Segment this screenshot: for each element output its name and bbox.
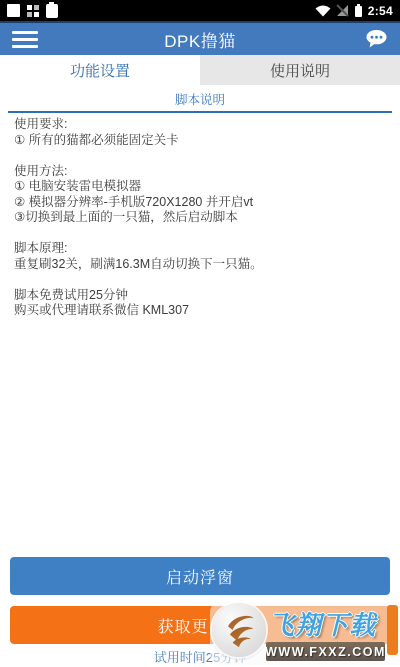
content-line: 重复刷32关，刷满16.3M自动切换下一只猫。 — [14, 257, 386, 273]
content-line — [14, 226, 386, 242]
content-line — [14, 272, 386, 288]
content-line: 使用方法: — [14, 164, 386, 180]
section-title: 脚本说明 — [0, 85, 400, 108]
content-line — [14, 148, 386, 164]
launch-float-window-button[interactable]: 启动浮窗 — [10, 557, 390, 595]
file-icon — [46, 4, 58, 18]
section-divider — [8, 111, 392, 113]
content-line: ② 模拟器分辨率-手机版720X1280 并开启vt — [14, 195, 386, 211]
chat-bubble-icon[interactable] — [365, 29, 388, 49]
app-bar: DPK撸猫 — [0, 21, 400, 55]
content-line: ① 所有的猫都必须能固定关卡 — [14, 133, 386, 149]
wifi-icon — [315, 4, 331, 17]
tab-usage-instructions[interactable]: 使用说明 — [200, 55, 400, 85]
app-screen: 2:54 DPK撸猫 功能设置 使用说明 脚本说明 使用要求: ① 所有的猫都必… — [0, 0, 400, 667]
screenshot-grid-icon — [27, 5, 39, 17]
content-line: ③切换到最上面的一只猫，然后启动脚本 — [14, 210, 386, 226]
notification-square-icon — [7, 4, 20, 17]
content-line: 购买或代理请联系微信 KML307 — [14, 303, 386, 319]
status-bar: 2:54 — [0, 0, 400, 21]
content-line: 使用要求: — [14, 117, 386, 133]
content-line: 脚本原理: — [14, 241, 386, 257]
status-icons-left — [7, 4, 58, 18]
tab-bar: 功能设置 使用说明 — [0, 55, 400, 85]
trial-time-note: 试用时间25分钟 — [0, 647, 400, 666]
tab-function-settings[interactable]: 功能设置 — [0, 55, 200, 85]
page-title: DPK撸猫 — [0, 27, 400, 52]
content-line: ① 电脑安装雷电模拟器 — [14, 179, 386, 195]
get-more-time-button[interactable]: 获取更多使 — [10, 606, 390, 644]
content-line: 脚本免费试用25分钟 — [14, 288, 386, 304]
hamburger-icon[interactable] — [12, 27, 38, 52]
script-description: 使用要求: ① 所有的猫都必须能固定关卡 使用方法: ① 电脑安装雷电模拟器 ②… — [0, 117, 400, 319]
battery-icon — [354, 4, 363, 18]
clock: 2:54 — [368, 4, 393, 18]
status-icons-right: 2:54 — [315, 4, 393, 18]
no-signal-icon — [336, 4, 349, 17]
